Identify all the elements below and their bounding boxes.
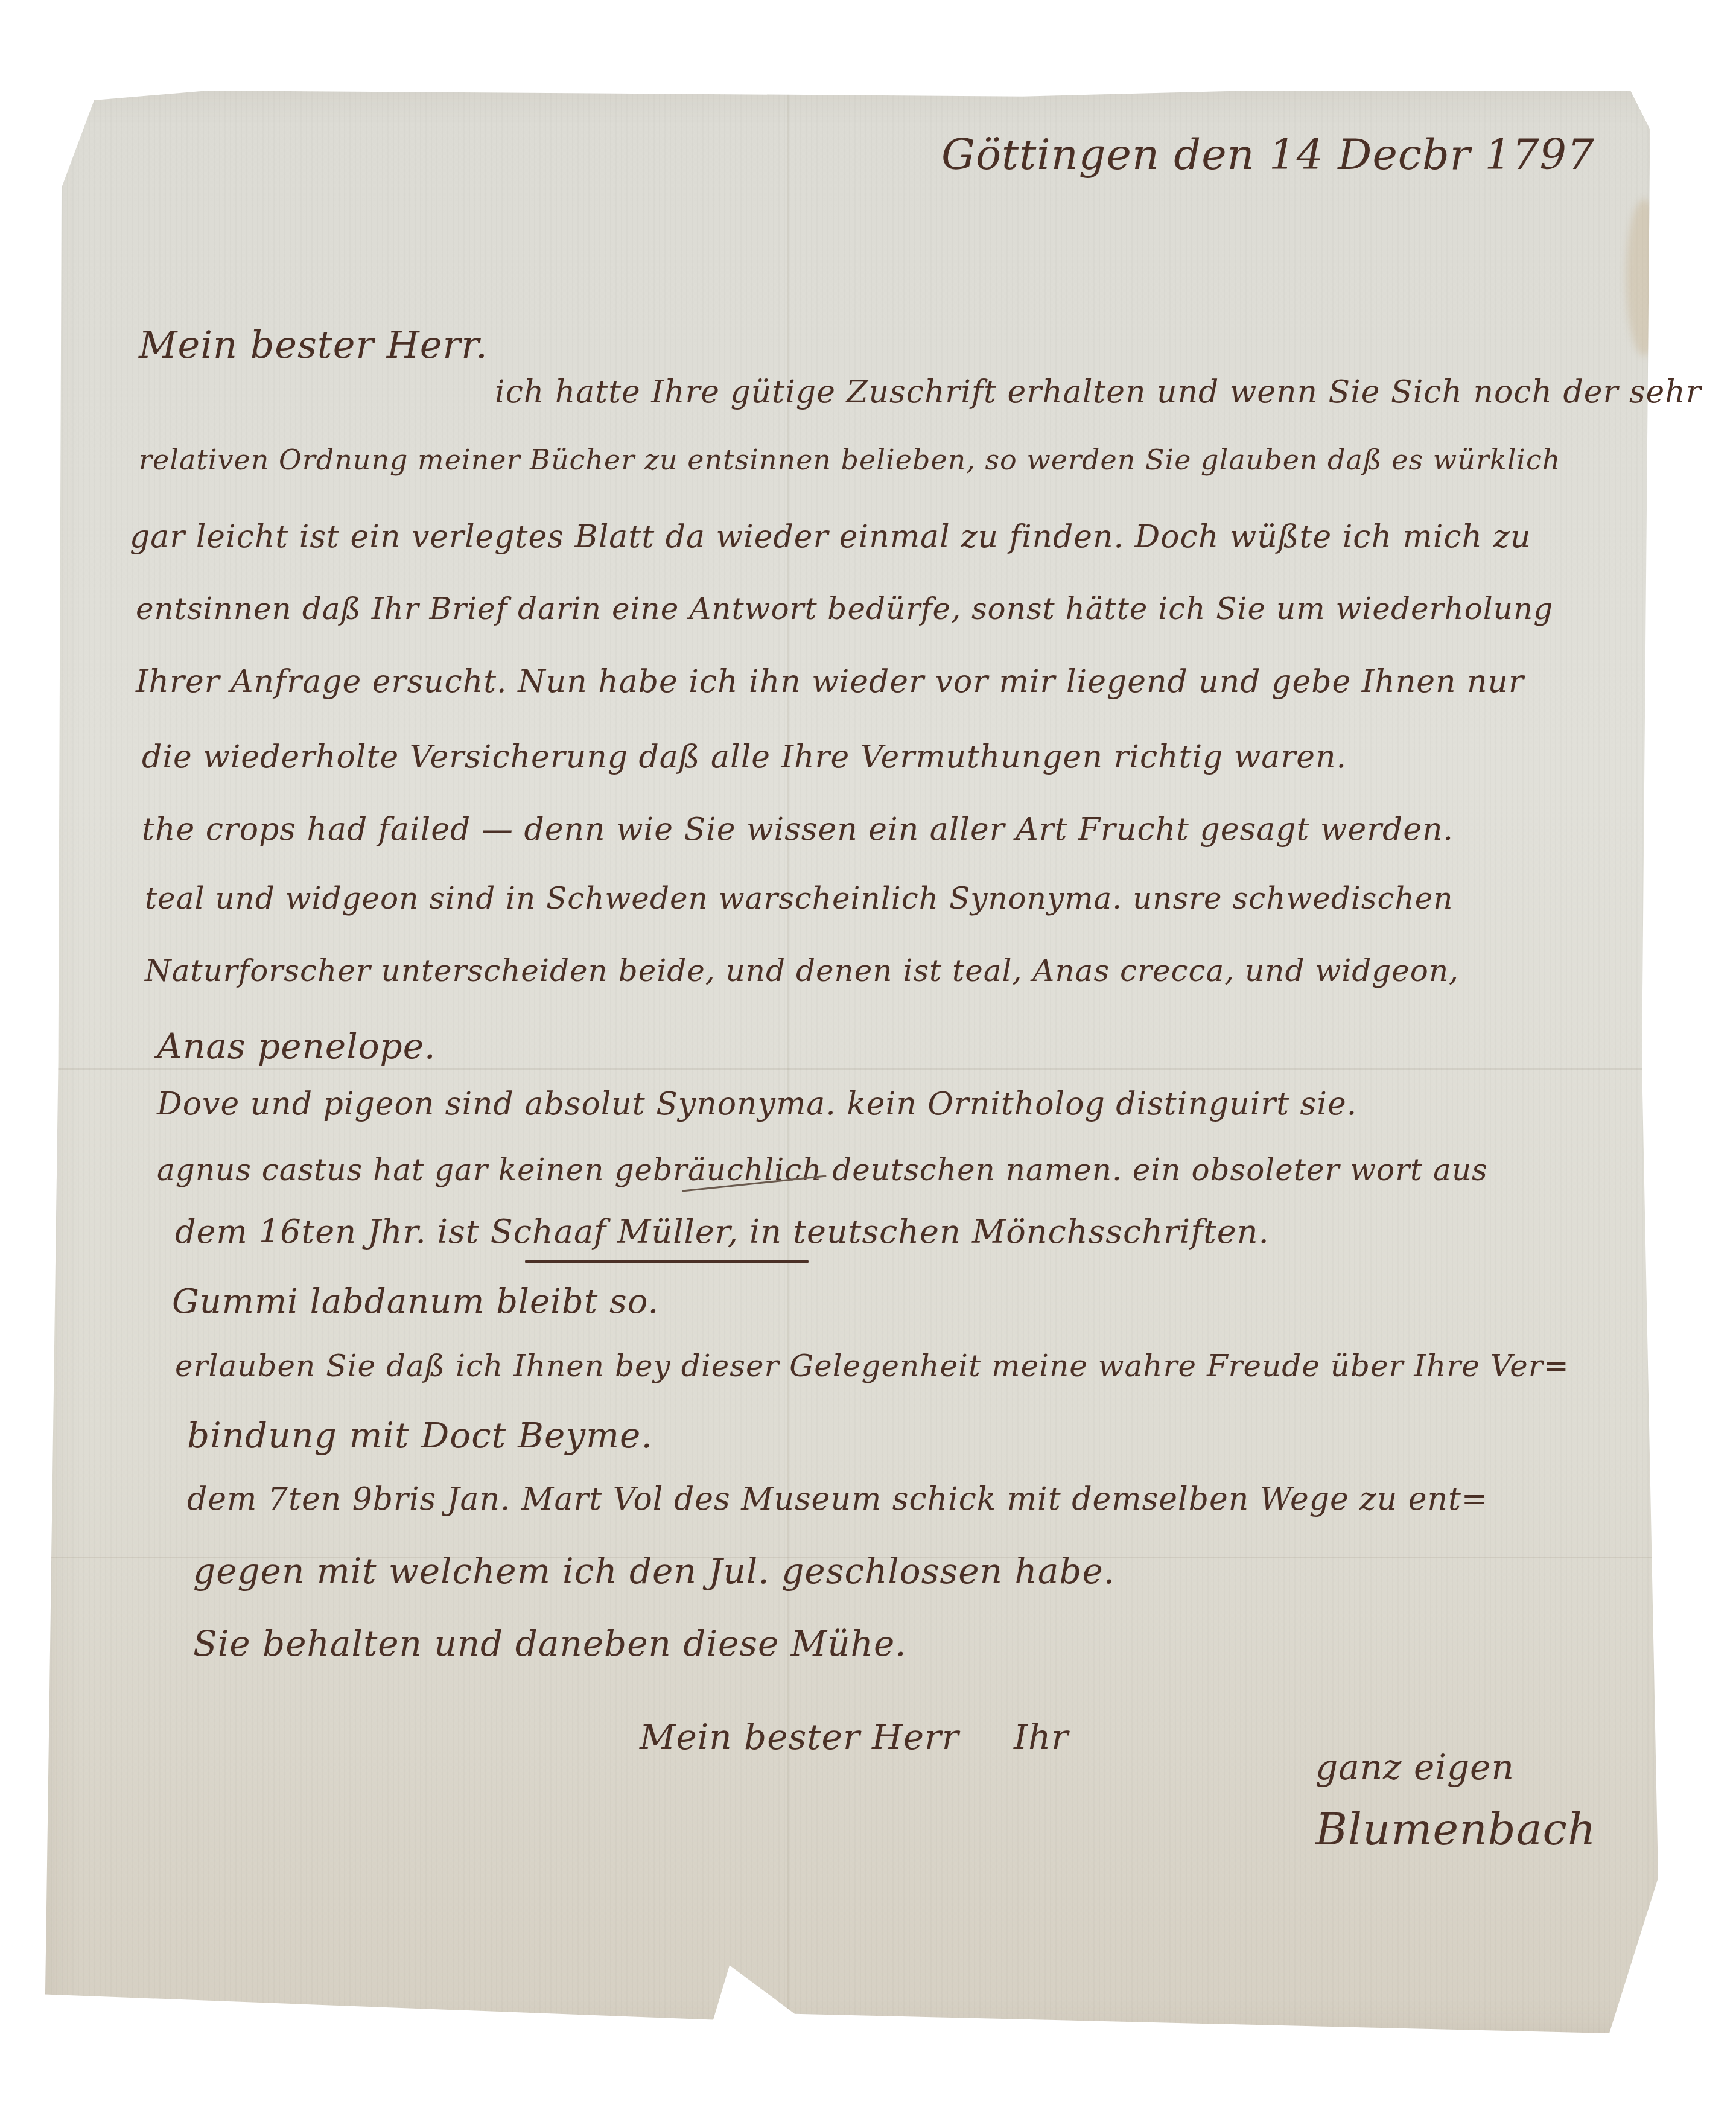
body-line: erlauben Sie daß ich Ihnen bey dieser Ge…	[175, 1348, 1569, 1383]
body-line: dem 7ten 9bris Jan. Mart Vol des Museum …	[187, 1481, 1488, 1517]
underline-mark	[525, 1260, 809, 1263]
paper-stain	[1626, 199, 1662, 356]
body-line: the crops had failed — denn wie Sie wiss…	[142, 811, 1454, 848]
closing-phrase: ganz eigen	[1315, 1747, 1515, 1788]
body-line: teal und widgeon sind in Schweden warsch…	[145, 881, 1454, 916]
body-line: Dove und pigeon sind absolut Synonyma. k…	[157, 1086, 1357, 1122]
body-line: entsinnen daß Ihr Brief darin eine Antwo…	[136, 591, 1553, 626]
body-line: ich hatte Ihre gütige Zuschrift erhalten…	[495, 374, 1702, 410]
body-line: gar leicht ist ein verlegtes Blatt da wi…	[130, 519, 1531, 555]
body-line: Anas penelope.	[157, 1026, 436, 1067]
body-line-underlined: dem 16ten Jhr. ist Schaaf Müller, in teu…	[175, 1213, 1270, 1251]
closing-address: Mein bester Herr	[640, 1717, 959, 1758]
horizontal-fold	[45, 1068, 1674, 1070]
body-line: Naturforscher unterscheiden beide, und d…	[145, 953, 1459, 988]
body-line: Gummi labdanum bleibt so.	[172, 1282, 659, 1321]
body-line: gegen mit welchem ich den Jul. geschloss…	[193, 1551, 1115, 1592]
salutation: Mein bester Herr.	[139, 323, 488, 367]
body-line: Ihrer Anfrage ersucht. Nun habe ich ihn …	[136, 664, 1524, 700]
signature: Blumenbach	[1315, 1804, 1596, 1855]
body-line: agnus castus hat gar keinen gebräuchlich…	[157, 1152, 1488, 1187]
closing-your: Ihr	[1014, 1717, 1069, 1758]
body-line: die wiederholte Versicherung daß alle Ih…	[142, 739, 1347, 775]
body-line: bindung mit Doct Beyme.	[187, 1415, 653, 1456]
body-line: relativen Ordnung meiner Bücher zu entsi…	[139, 443, 1560, 476]
dateline: Göttingen den 14 Decbr 1797	[941, 130, 1595, 179]
body-line: Sie behalten und daneben diese Mühe.	[193, 1623, 907, 1664]
